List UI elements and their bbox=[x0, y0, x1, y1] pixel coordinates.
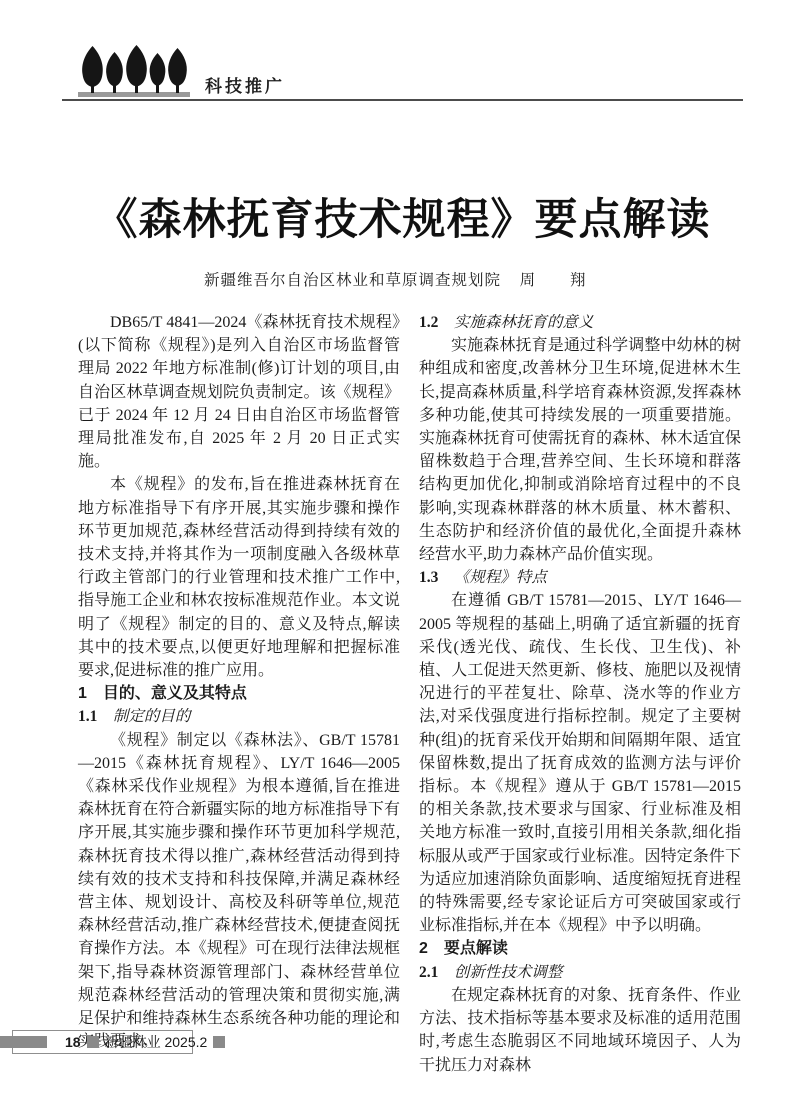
subsection-number: 1.2 bbox=[419, 314, 438, 331]
page-number: 18 bbox=[65, 1034, 81, 1050]
footer-leadbar bbox=[0, 1036, 47, 1048]
paragraph: DB65/T 4841—2024《森林抚育技术规程》(以下简称《规程》)是列入自… bbox=[78, 311, 400, 473]
section-heading-1: 1目的、意义及其特点 bbox=[78, 682, 400, 705]
journal-name: 新疆林业 2025.2 bbox=[105, 1032, 208, 1052]
section-label: 科技推广 bbox=[205, 72, 285, 97]
article-title: 《森林抚育技术规程》要点解读 bbox=[0, 186, 805, 247]
subsection-heading-1-1: 1.1制定的目的 bbox=[78, 705, 400, 728]
subsection-title: 实施森林抚育的意义 bbox=[454, 314, 594, 331]
paragraph: 实施森林抚育是通过科学调整中幼林的树种组成和密度,改善林分卫生环境,促进林木生长… bbox=[419, 334, 741, 566]
subsection-number: 1.3 bbox=[419, 569, 438, 586]
byline-author: 周 翔 bbox=[520, 272, 601, 289]
footer-square-icon bbox=[213, 1036, 225, 1048]
journal-page: 科技推广 《森林抚育技术规程》要点解读 新疆维吾尔自治区林业和草原调查规划院周 … bbox=[0, 0, 805, 1099]
paragraph: 在规定森林抚育的对象、抚育条件、作业方法、技术指标等基本要求及标准的适用范围时,… bbox=[419, 984, 741, 1077]
paragraph: 本《规程》的发布,旨在推进森林抚育在地方标准指导下有序开展,其实施步骤和操作环节… bbox=[78, 473, 400, 682]
paragraph: 《规程》制定以《森林法》、GB/T 15781—2015《森林抚育规程》、LY/… bbox=[78, 729, 400, 1054]
article-body: DB65/T 4841—2024《森林抚育技术规程》(以下简称《规程》)是列入自… bbox=[78, 311, 741, 1077]
paragraph: 在遵循 GB/T 15781—2015、LY/T 1646—2005 等规程的基… bbox=[419, 589, 741, 937]
footer-square-icon bbox=[87, 1036, 99, 1048]
byline: 新疆维吾尔自治区林业和草原调查规划院周 翔 bbox=[0, 268, 805, 290]
subsection-title: 创新性技术调整 bbox=[454, 964, 563, 981]
left-column: DB65/T 4841—2024《森林抚育技术规程》(以下简称《规程》)是列入自… bbox=[78, 311, 400, 1077]
byline-affiliation: 新疆维吾尔自治区林业和草原调查规划院 bbox=[204, 272, 501, 289]
section-title: 要点解读 bbox=[444, 940, 508, 957]
subsection-number: 2.1 bbox=[419, 964, 438, 981]
subsection-number: 1.1 bbox=[78, 708, 97, 725]
section-number: 2 bbox=[419, 940, 428, 957]
section-heading-2: 2要点解读 bbox=[419, 937, 741, 960]
section-title: 目的、意义及其特点 bbox=[103, 685, 247, 702]
header-rule bbox=[62, 99, 743, 101]
right-column: 1.2实施森林抚育的意义 实施森林抚育是通过科学调整中幼林的树种组成和密度,改善… bbox=[419, 311, 741, 1077]
section-number: 1 bbox=[78, 685, 87, 702]
subsection-heading-1-2: 1.2实施森林抚育的意义 bbox=[419, 311, 741, 334]
subsection-heading-1-3: 1.3《规程》特点 bbox=[419, 566, 741, 589]
subsection-heading-2-1: 2.1创新性技术调整 bbox=[419, 961, 741, 984]
trees-logo-icon bbox=[78, 44, 193, 100]
subsection-title: 制定的目的 bbox=[113, 708, 191, 725]
subsection-title: 《规程》特点 bbox=[454, 569, 547, 586]
